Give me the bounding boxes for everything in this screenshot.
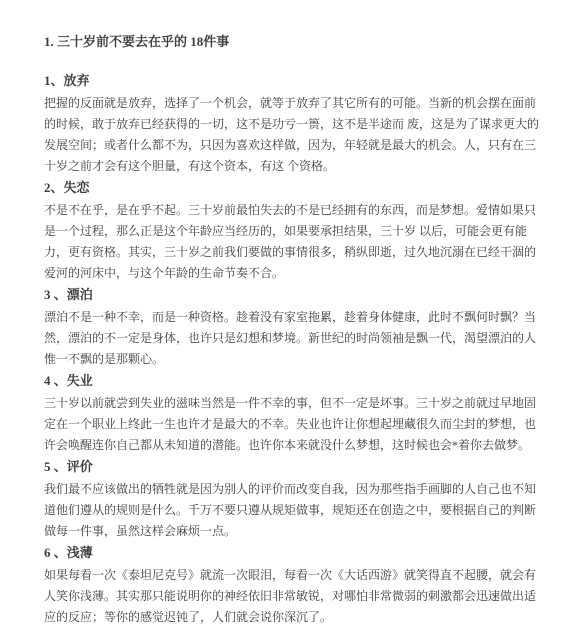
section-heading: 5 、评价 [44,456,542,477]
document-page: 1. 三十岁前不要去在乎的 18件事 1、放弃 把握的反面就是放弃，选择了一个机… [0,0,582,638]
document-section: 1、放弃 把握的反面就是放弃，选择了一个机会，就等于放弃了其它所有的可能。当新的… [44,70,542,177]
section-heading: 6 、浅薄 [44,542,542,563]
section-heading: 1、放弃 [44,70,542,91]
section-paragraph: 不是不在乎，是在乎不起。三十岁前最怕失去的不是已经拥有的东西，而是梦想。爱情如果… [44,200,542,284]
document-section: 3 、漂泊 漂泊不是一种不幸，而是一种资格。趁着没有家室拖累，趁着身体健康，此时… [44,284,542,370]
section-paragraph: 我们最不应该做出的牺牲就是因为别人的评价而改变自我，因为那些指手画脚的人自己也不… [44,479,542,542]
section-heading: 4 、失业 [44,370,542,391]
document-section: 6 、浅薄 如果每看一次《泰坦尼克号》就流一次眼泪，每看一次《大话西游》就笑得直… [44,542,542,628]
document-title: 1. 三十岁前不要去在乎的 18件事 [44,31,542,52]
section-heading: 2、失恋 [44,177,542,198]
sections-container: 1、放弃 把握的反面就是放弃，选择了一个机会，就等于放弃了其它所有的可能。当新的… [44,70,542,628]
section-paragraph: 把握的反面就是放弃，选择了一个机会，就等于放弃了其它所有的可能。当新的机会摆在面… [44,93,542,177]
document-section: 2、失恋 不是不在乎，是在乎不起。三十岁前最怕失去的不是已经拥有的东西，而是梦想… [44,177,542,284]
document-section: 4 、失业 三十岁以前就尝到失业的滋味当然是一件不幸的事，但不一定是坏事。三十岁… [44,370,542,456]
section-paragraph: 漂泊不是一种不幸，而是一种资格。趁着没有家室拖累，趁着身体健康，此时不飘何时飘？… [44,307,542,370]
document-section: 5 、评价 我们最不应该做出的牺牲就是因为别人的评价而改变自我，因为那些指手画脚… [44,456,542,542]
section-heading: 3 、漂泊 [44,284,542,305]
section-paragraph: 如果每看一次《泰坦尼克号》就流一次眼泪，每看一次《大话西游》就笑得直不起腰，就会… [44,565,542,628]
section-paragraph: 三十岁以前就尝到失业的滋味当然是一件不幸的事，但不一定是坏事。三十岁之前就过早地… [44,393,542,456]
